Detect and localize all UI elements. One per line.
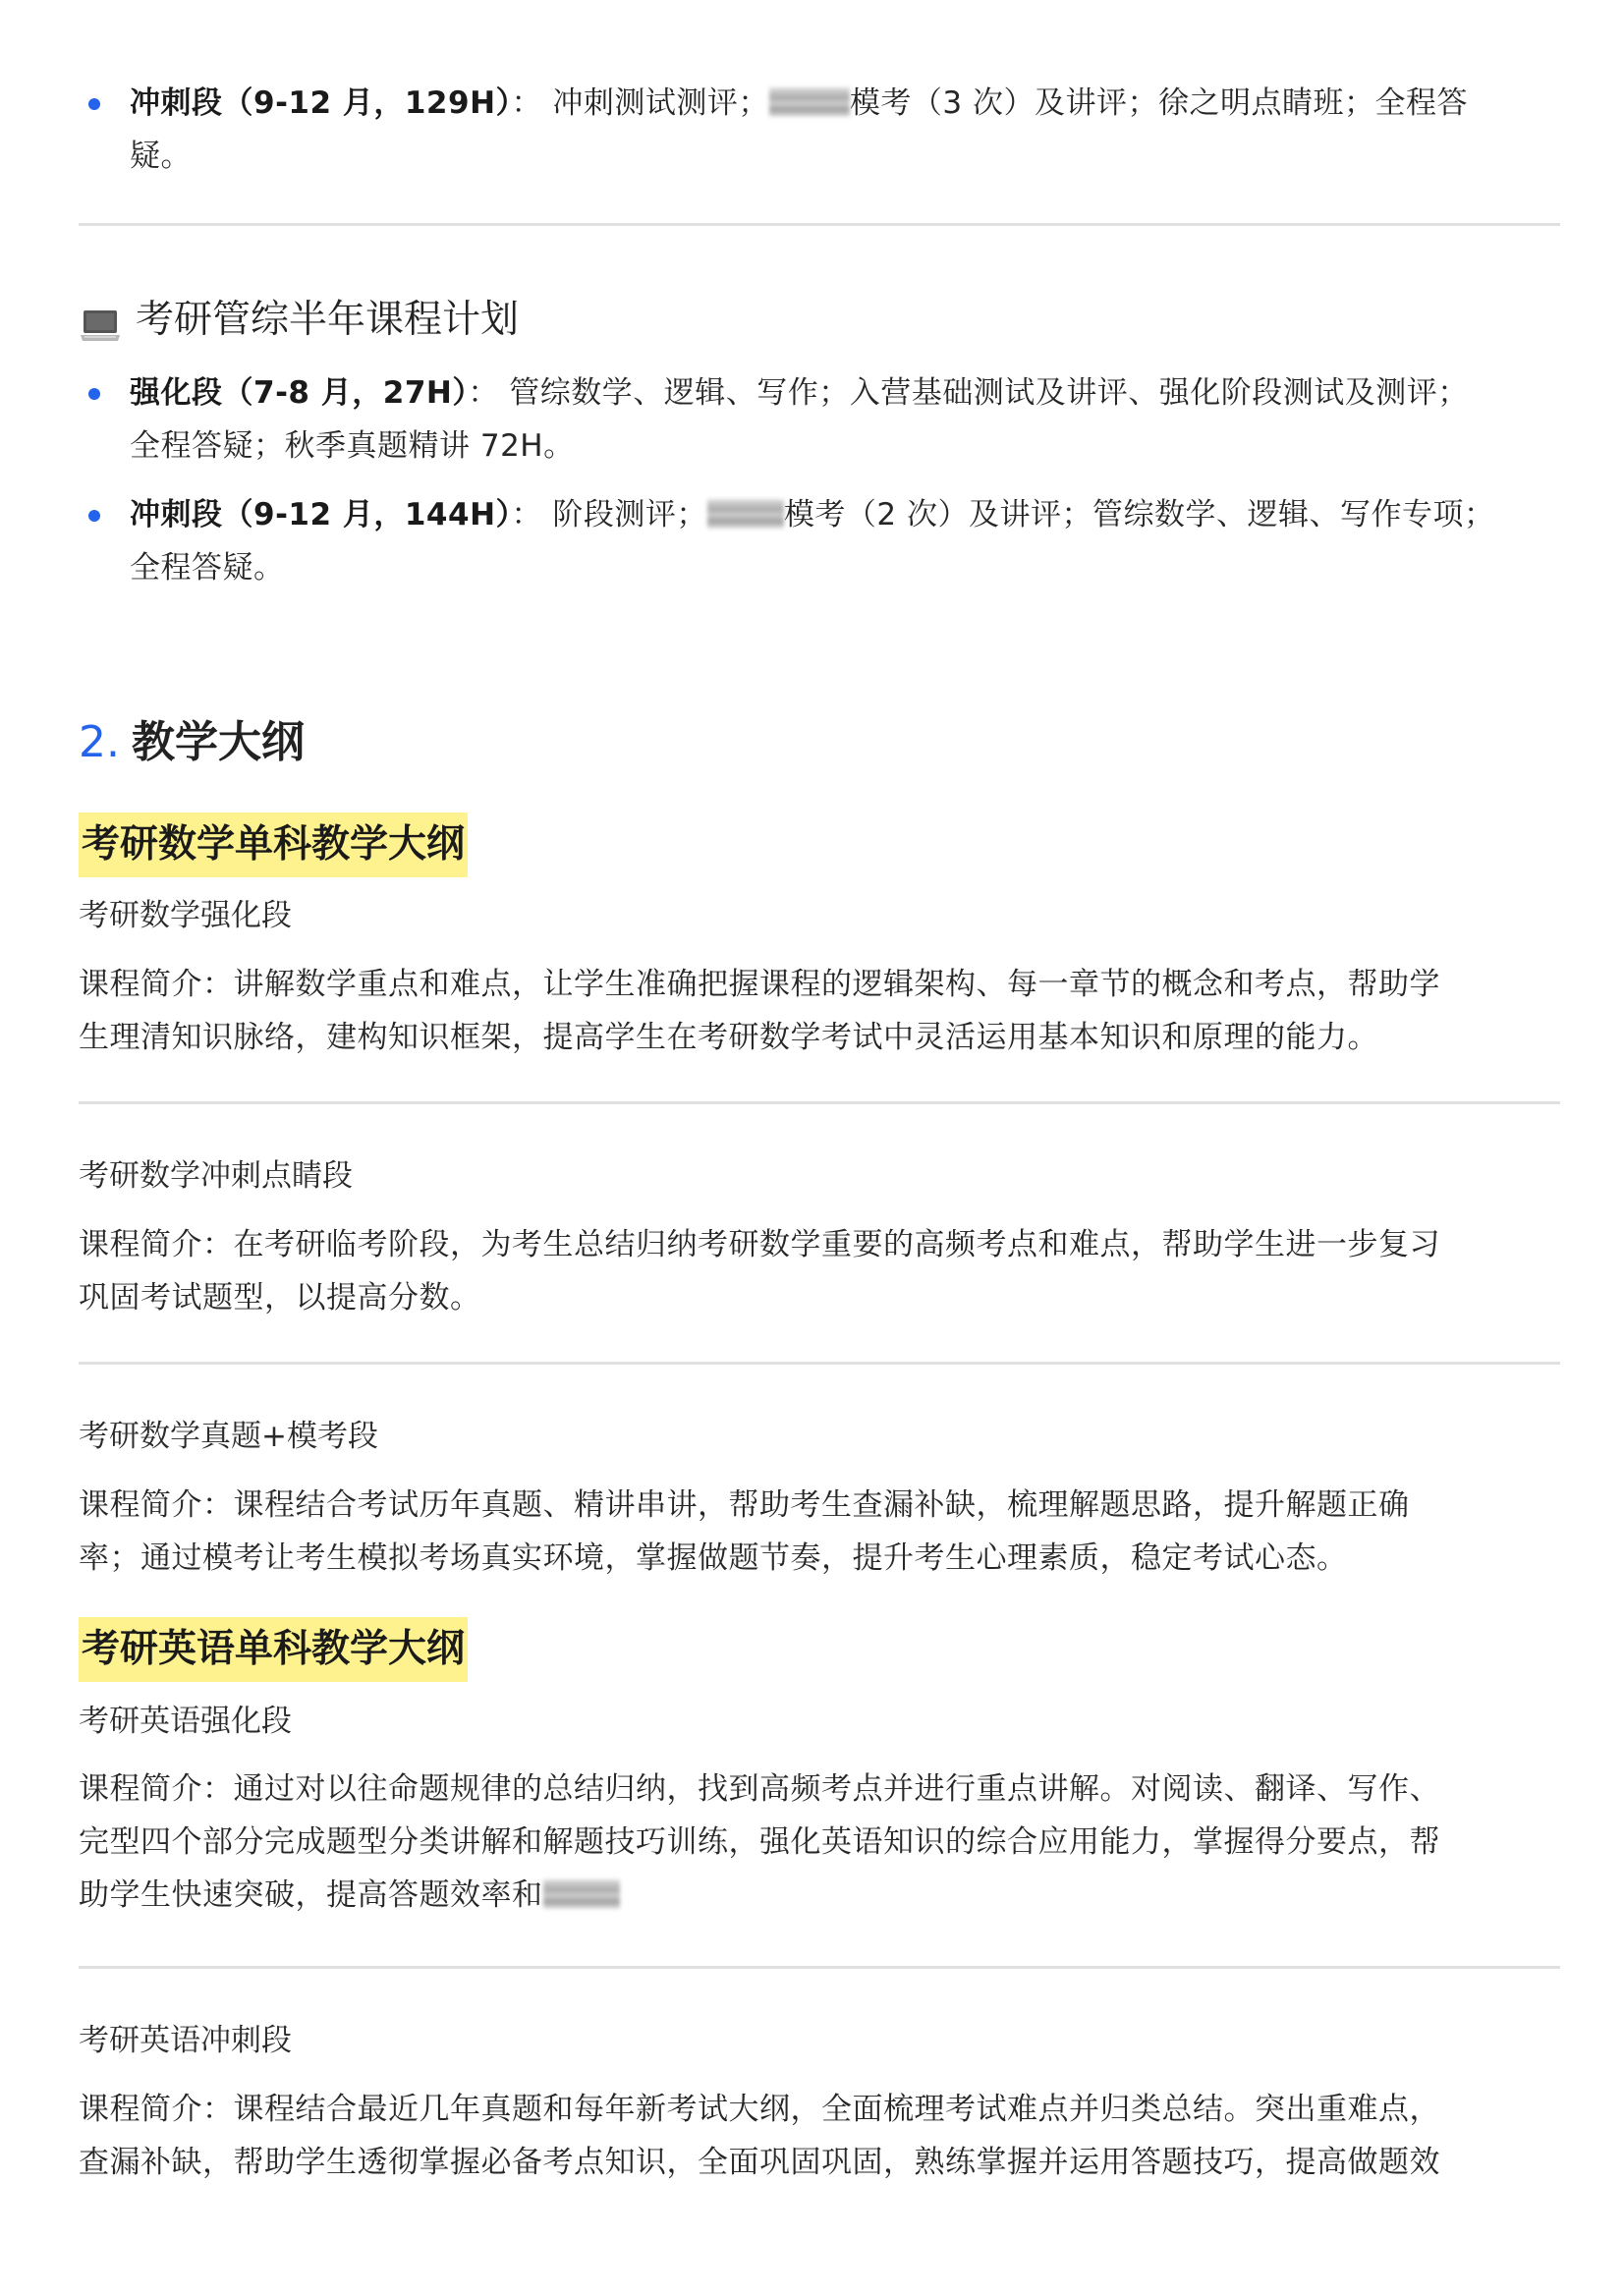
divider — [79, 1966, 1560, 1969]
bullet-separator: ： — [512, 497, 543, 532]
description-line: 课程简介：讲解数学重点和难点，让学生准确把握课程的逻辑架构、每一章节的概念和考点… — [79, 958, 1562, 1011]
description-line: 查漏补缺，帮助学生透彻掌握必备考点知识，全面巩固巩固，熟练掌握并运用答题技巧，提… — [79, 2136, 1562, 2189]
laptop-icon — [79, 304, 122, 337]
section-title: 考研管综半年课程计划 — [136, 293, 519, 348]
bullet-label: 强化段（7-8 月，27H） — [130, 375, 468, 411]
section-heading-management-plan: 考研管综半年课程计划 — [79, 293, 519, 348]
heading-text: 考研数学单科教学大纲 — [82, 822, 465, 867]
section-heading-syllabus: 2.教学大纲 — [79, 713, 305, 772]
list-item-intensive: 强化段（7-8 月，27H）： 管综数学、逻辑、写作；入营基础测试及讲评、强化阶… — [79, 366, 1552, 473]
bullet-dot — [88, 98, 100, 110]
description-line: 完型四个部分完成题型分类讲解和解题技巧训练，强化英语知识的综合应用能力，掌握得分… — [79, 1816, 1562, 1869]
description-line: 课程简介：通过对以往命题规律的总结归纳，找到高频考点并进行重点讲解。对阅读、翻译… — [79, 1763, 1562, 1816]
course-name: 考研数学真题+模考段 — [79, 1415, 378, 1458]
math-syllabus-heading: 考研数学单科教学大纲 — [79, 812, 468, 877]
list-item-sprint-144h: 冲刺段（9-12 月，144H）： 阶段测评；模考（2 次）及讲评；管综数学、逻… — [79, 488, 1552, 594]
course-description: 课程简介：讲解数学重点和难点，让学生准确把握课程的逻辑架构、每一章节的概念和考点… — [79, 958, 1562, 1064]
bullet-text: 全程答疑；秋季真题精讲 72H。 — [130, 428, 575, 464]
course-name: 考研英语冲刺段 — [79, 2019, 292, 2062]
bullet-dot — [88, 510, 100, 522]
bullet-separator: ： — [468, 375, 499, 411]
list-item-sprint-129h: 冲刺段（9-12 月，129H）： 冲刺测试测评；模考（3 次）及讲评；徐之明点… — [79, 77, 1552, 183]
description-line: 助学生快速突破，提高答题效率和 — [79, 1869, 1562, 1922]
course-name: 考研英语强化段 — [79, 1700, 292, 1743]
course-description: 课程简介：在考研临考阶段，为考生总结归纳考研数学重要的高频考点和难点，帮助学生进… — [79, 1218, 1562, 1324]
english-syllabus-heading: 考研英语单科教学大纲 — [79, 1617, 468, 1682]
redacted-text — [707, 499, 784, 529]
section-number: 2. — [79, 717, 120, 767]
description-line: 课程简介：课程结合最近几年真题和每年新考试大纲，全面梳理考试难点并归类总结。突出… — [79, 2083, 1562, 2136]
description-line: 率；通过模考让考生模拟考场真实环境，掌握做题节奏，提升考生心理素质，稳定考试心态… — [79, 1532, 1562, 1585]
bullet-dot — [88, 388, 100, 400]
bullet-label: 冲刺段（9-12 月，129H） — [130, 85, 512, 121]
document-page: 冲刺段（9-12 月，129H）： 冲刺测试测评；模考（3 次）及讲评；徐之明点… — [0, 0, 1624, 2295]
bullet-text: 疑。 — [130, 139, 192, 174]
course-description: 课程简介：课程结合考试历年真题、精讲串讲，帮助考生查漏补缺，梳理解题思路，提升解… — [79, 1479, 1562, 1585]
bullet-text: 管综数学、逻辑、写作；入营基础测试及讲评、强化阶段测试及测评； — [509, 375, 1469, 411]
description-line: 生理清知识脉络，建构知识框架，提高学生在考研数学考试中灵活运用基本知识和原理的能… — [79, 1011, 1562, 1064]
course-description: 课程简介：通过对以往命题规律的总结归纳，找到高频考点并进行重点讲解。对阅读、翻译… — [79, 1763, 1562, 1922]
bullet-text: 全程答疑。 — [130, 550, 285, 586]
description-line: 巩固考试题型，以提高分数。 — [79, 1271, 1562, 1324]
section-title: 教学大纲 — [132, 717, 305, 767]
redacted-text — [543, 1879, 620, 1909]
bullet-text: 阶段测评； — [552, 497, 707, 532]
bullet-text: 模考（2 次）及讲评；管综数学、逻辑、写作专项； — [784, 497, 1495, 532]
course-name: 考研数学强化段 — [79, 894, 292, 937]
divider — [79, 1362, 1560, 1365]
bullet-text: 冲刺测试测评； — [552, 85, 769, 121]
redacted-text — [769, 87, 850, 117]
bullet-separator: ： — [512, 85, 543, 121]
description-line: 课程简介：课程结合考试历年真题、精讲串讲，帮助考生查漏补缺，梳理解题思路，提升解… — [79, 1479, 1562, 1532]
divider — [79, 1101, 1560, 1104]
bullet-text: 模考（3 次）及讲评；徐之明点睛班；全程答 — [850, 85, 1468, 121]
heading-text: 考研英语单科教学大纲 — [82, 1627, 465, 1671]
course-description: 课程简介：课程结合最近几年真题和每年新考试大纲，全面梳理考试难点并归类总结。突出… — [79, 2083, 1562, 2189]
description-text: 助学生快速突破，提高答题效率和 — [79, 1877, 543, 1913]
bullet-label: 冲刺段（9-12 月，144H） — [130, 497, 512, 532]
divider — [79, 223, 1560, 226]
course-name: 考研数学冲刺点睛段 — [79, 1154, 353, 1198]
description-line: 课程简介：在考研临考阶段，为考生总结归纳考研数学重要的高频考点和难点，帮助学生进… — [79, 1218, 1562, 1271]
